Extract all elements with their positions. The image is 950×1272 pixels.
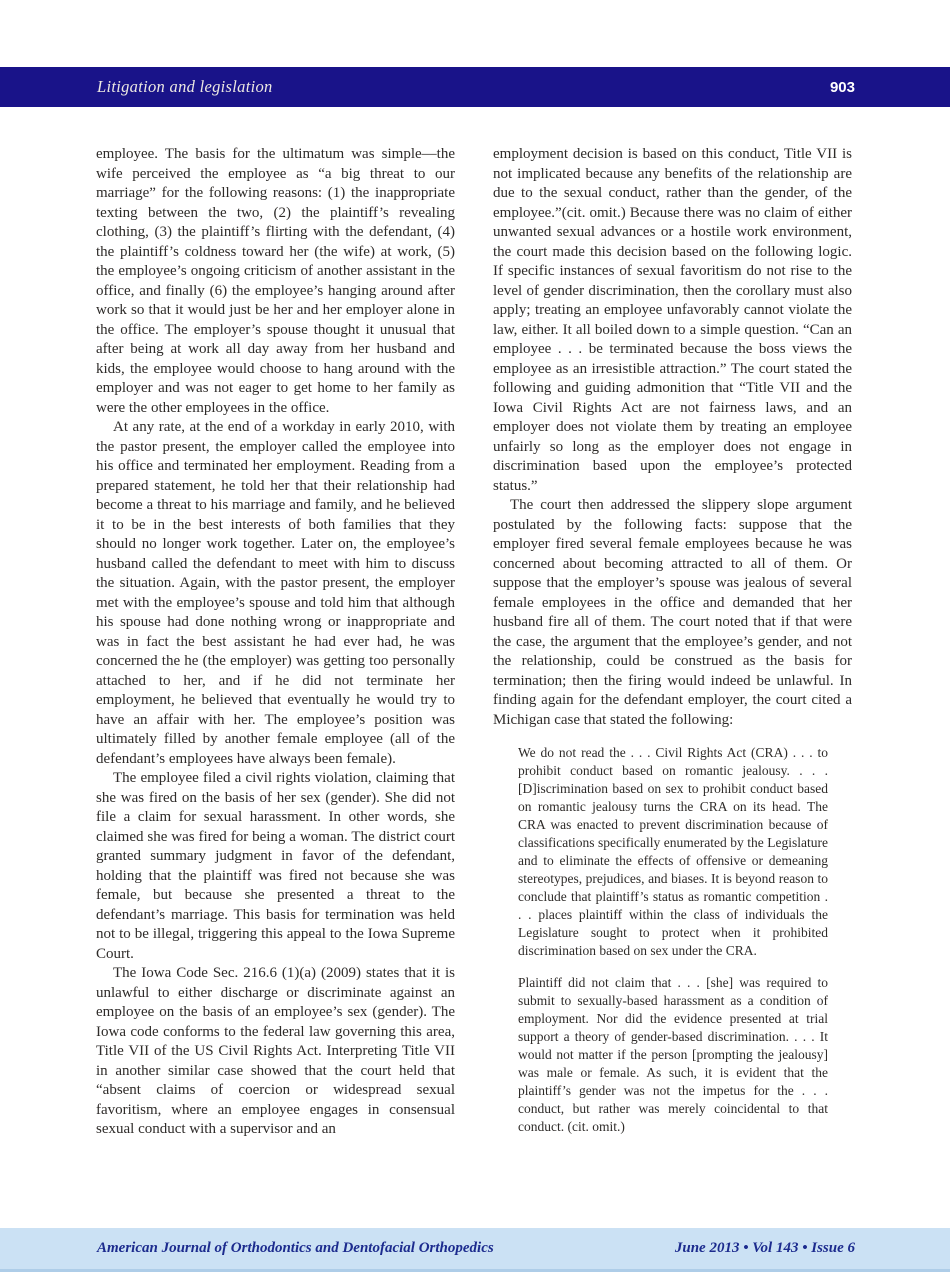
body-paragraph: At any rate, at the end of a workday in …	[96, 418, 455, 769]
block-quote: Plaintiff did not claim that . . . [she]…	[518, 974, 828, 1136]
article-body: employee. The basis for the ultimatum wa…	[96, 145, 854, 1150]
running-header-bar: Litigation and legislation 903	[0, 67, 950, 107]
issue-info: June 2013 • Vol 143 • Issue 6	[675, 1240, 855, 1257]
block-quote: We do not read the . . . Civil Rights Ac…	[518, 744, 828, 960]
left-column: employee. The basis for the ultimatum wa…	[96, 145, 455, 1150]
body-paragraph: employee. The basis for the ultimatum wa…	[96, 145, 455, 418]
body-paragraph: The employee filed a civil rights violat…	[96, 769, 455, 964]
page-number: 903	[830, 79, 855, 96]
body-paragraph: employment decision is based on this con…	[493, 145, 852, 496]
right-column: employment decision is based on this con…	[493, 145, 852, 1150]
footer-bar: American Journal of Orthodontics and Den…	[0, 1228, 950, 1272]
journal-page: Litigation and legislation 903 employee.…	[0, 0, 950, 1272]
body-paragraph: The court then addressed the slippery sl…	[493, 496, 852, 730]
journal-title: American Journal of Orthodontics and Den…	[97, 1240, 494, 1257]
running-head-title: Litigation and legislation	[97, 77, 273, 97]
body-paragraph: The Iowa Code Sec. 216.6 (1)(a) (2009) s…	[96, 964, 455, 1140]
